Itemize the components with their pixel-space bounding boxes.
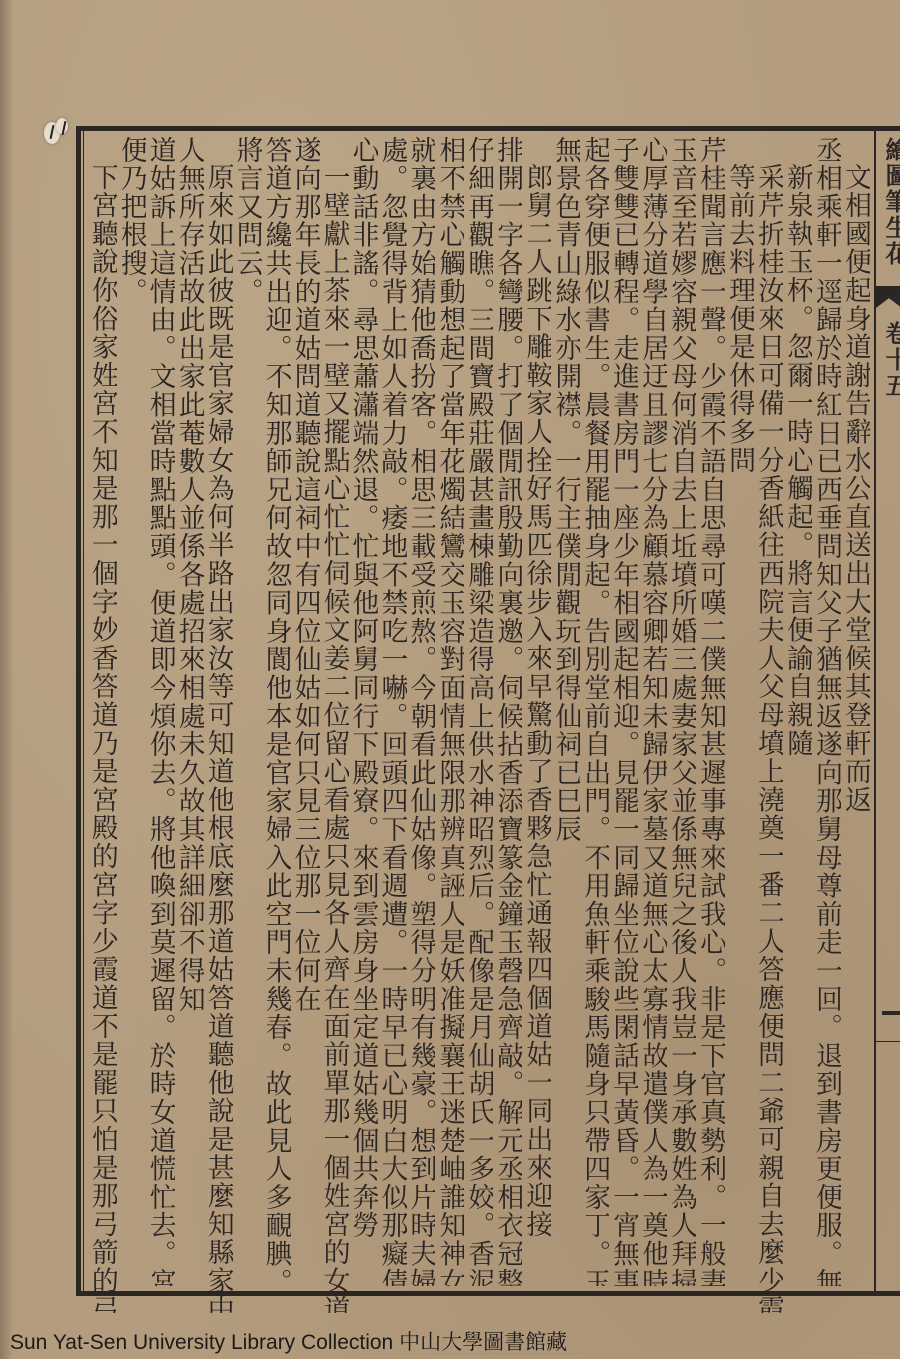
text-column: 玉音至若嫪容親父母何消自去上坵墳所婚三處妻家父並係無兒之後人我豈一身承數姓為人拜…: [669, 136, 696, 1286]
text-column: 下宮聽說你俗家姓宮不知是那一個字妙香答道乃是宮殿的宮字少霞道不是罷只怕是那弓箭的…: [89, 136, 116, 1313]
text-column: 就裏由方始猜他喬扮客。相思三載受煎熬。今朝看此仙姑像。塑得分明有幾豪。想到片時夫…: [408, 136, 435, 1286]
text-column: 將言又問云。: [234, 136, 261, 1286]
center-fold-column: 繪圖筆生花 卷十五: [876, 131, 900, 1291]
text-column: 相不禁心觸動想起了當年花燭結鸞交玉容對面情無限那辨真誣人是妖准擬襄王迷楚岫誰知神…: [437, 136, 464, 1286]
text-column: 處。忽覺得背上如人着力敲。痿地不禁吃一嚇。回頭四下看週遭。一時早已心明白大似那癡…: [379, 136, 406, 1286]
text-column: 道姑訴上這情由。文相當時點點頭。便道即今煩你去。將他喚到莫遲留。於時女道慌忙去。…: [147, 136, 174, 1286]
text-body: 文相國便起身道謝告辭水公直送出大堂候其登軒而返 丞相乘軒一逕歸於時紅日已西垂問知…: [88, 136, 870, 1286]
text-column: 遂向那年長的道姑問道聽說這祠中有四位仙姑如何只見三位那一位何在: [292, 136, 319, 1286]
frame-inner-rule: [83, 131, 85, 1291]
center-fold-divider: [876, 1041, 900, 1043]
text-column: 一壁獻上茶來一壁又擺點心忙忙伺候文姜二位留心看處只見各人齊在面前單那一個姓宮的女…: [321, 136, 348, 1313]
text-column: 仔細再觀瞧。三間寶殿莊嚴甚畫棟雕梁造得高上供水神昭烈后。配像是月仙胡氏一多姣。香…: [466, 136, 493, 1286]
binding-hole: [56, 118, 68, 134]
library-collection-caption: Sun Yat-Sen University Library Collectio…: [10, 1326, 567, 1356]
page-number-mark: [882, 1011, 900, 1015]
book-title: 繪圖筆生花: [878, 137, 900, 267]
volume-label: 卷十五: [878, 321, 900, 399]
text-column: 人無所存活故此出家此菴數人並係各處招來相處未久故其詳細卻不得知: [176, 136, 203, 1286]
text-column: 便乃把根搜。: [118, 136, 145, 1286]
text-column: 芹桂聞言應一聲。少霞不語自思尋可嘆二僕無知甚遲事專來試我心。非是下官真勢利。一般…: [698, 136, 725, 1286]
text-column: 心厚薄分道學自居迂且謬七分為顧慕容卿若知未歸伊家墓又道無心太寡情故遣僕人為一奠他…: [640, 136, 667, 1286]
fish-tail-mark-icon: [876, 286, 900, 308]
text-column: 答道方纔共出迎。不知那師兄何故忽同身閬他本是官家婦入此空門未幾春。故此見人多靦腆…: [263, 136, 290, 1286]
text-column: 采芹折桂汝來日可備一分香紙往西院夫人父母墳上澆奠一番二人答應便問二爺可親自去麼少…: [756, 136, 783, 1313]
text-column: 無景色青山綠水亦開襟。一行主僕閒觀玩到得仙祠已巳辰: [553, 136, 580, 1286]
text-column: 新泉執玉杯。忽爾一時心觸起。將言便諭自親隨: [785, 136, 812, 1313]
text-column: 文相國便起身道謝告辭水公直送出大堂候其登軒而返: [843, 136, 870, 1313]
text-column: 郎舅二人跳下雕鞍家人拴好馬匹徐步入來早驚動了香夥急忙通報四個道姑一同出來迎接: [524, 136, 551, 1313]
text-column: 等前去料理便是休得多問: [727, 136, 754, 1313]
text-column: 丞相乘軒一逕歸於時紅日已西垂問知父子猶無返遂向那舅母尊前走一回。退到書房更便服。…: [814, 136, 841, 1286]
text-column: 原來如此彼既是官家婦女為何半路出家汝等可知道他根底麼那道姑答道聽他說是甚麼知縣家…: [205, 136, 232, 1313]
text-column: 排開一字各彎腰。打了個閒訊殷勤向裏邀。伺候拈香添寶篆金鐘玉磬急齊敲。解元丞相衣冠…: [495, 136, 522, 1286]
text-column: 起各穿便服似書生。晨餐用罷抽身起。告別堂前自出門。不用魚軒乘駿馬隨身只帶四家丁。…: [582, 136, 609, 1286]
text-column: 子雙雙已轉程。走進書房門一座少年相國起相迎。見罷一同歸坐位說些閑話早黃昏。一宵無…: [611, 136, 638, 1286]
text-column: 心動話非謠。尋思蕭瀟端然退。忙與他阿舅同行下殿寮。來到雲房身坐定道姑幾個共奔勞: [350, 136, 377, 1286]
page-left-edge: [0, 0, 14, 1359]
